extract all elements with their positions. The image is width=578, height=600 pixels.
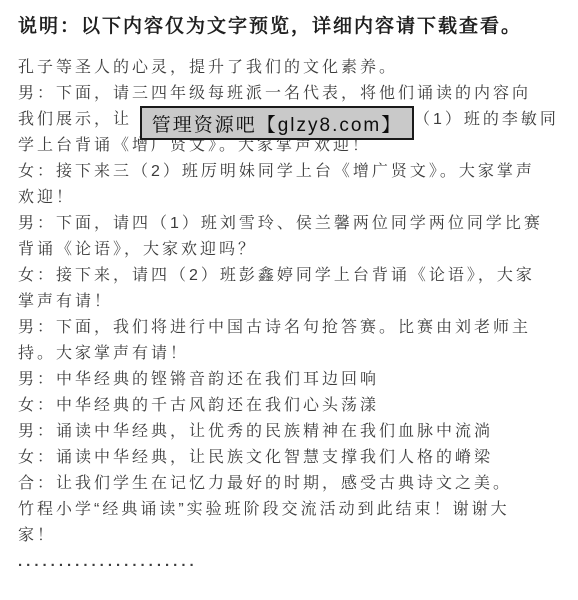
text-line: 女：接下来三（2）班厉明妹同学上台《增广贤文》。大家掌声 xyxy=(18,159,564,185)
watermark-label: 管理资源吧【glzy8.com】 xyxy=(152,110,403,137)
text-line: 男：下面，我们将进行中国古诗名句抢答赛。比赛由刘老师主 xyxy=(18,315,564,341)
text-line: 男：下面，请三四年级每班派一名代表，将他们诵读的内容向 xyxy=(18,81,564,107)
text-line: 合：让我们学生在记忆力最好的时期，感受古典诗文之美。 xyxy=(18,471,564,497)
text-line: 持。大家掌声有请！ xyxy=(18,341,564,367)
text-line: ...................... xyxy=(18,549,564,575)
text-line: 竹程小学“经典诵读”实验班阶段交流活动到此结束！谢谢大 xyxy=(18,497,564,523)
document-preview-page: 说明：以下内容仅为文字预览，详细内容请下载查看。 孔子等圣人的心灵，提升了我们的… xyxy=(0,0,578,600)
text-line: 男：中华经典的铿锵音韵还在我们耳边回响 xyxy=(18,367,564,393)
text-line: 女：接下来，请四（2）班彭鑫婷同学上台背诵《论语》，大家 xyxy=(18,263,564,289)
line-right-fragment: （1）班的李敏同 xyxy=(414,107,559,133)
watermark-badge: 管理资源吧【glzy8.com】 xyxy=(140,106,414,140)
preview-notice-heading: 说明：以下内容仅为文字预览，详细内容请下载查看。 xyxy=(18,14,564,40)
text-line: 孔子等圣人的心灵，提升了我们的文化素养。 xyxy=(18,55,564,81)
text-line: 家！ xyxy=(18,523,564,549)
text-line: 女：诵读中华经典，让民族文化智慧支撑我们人格的嵴梁 xyxy=(18,445,564,471)
text-line: 欢迎！ xyxy=(18,185,564,211)
text-line: 男：诵读中华经典，让优秀的民族精神在我们血脉中流淌 xyxy=(18,419,564,445)
text-line: 掌声有请！ xyxy=(18,289,564,315)
text-line: 男：下面，请四（1）班刘雪玲、侯兰馨两位同学两位同学比赛 xyxy=(18,211,564,237)
line-left-fragment: 我们展示，让 xyxy=(18,111,132,128)
text-line: 背诵《论语》，大家欢迎吗？ xyxy=(18,237,564,263)
text-line: 女：中华经典的千古风韵还在我们心头荡漾 xyxy=(18,393,564,419)
